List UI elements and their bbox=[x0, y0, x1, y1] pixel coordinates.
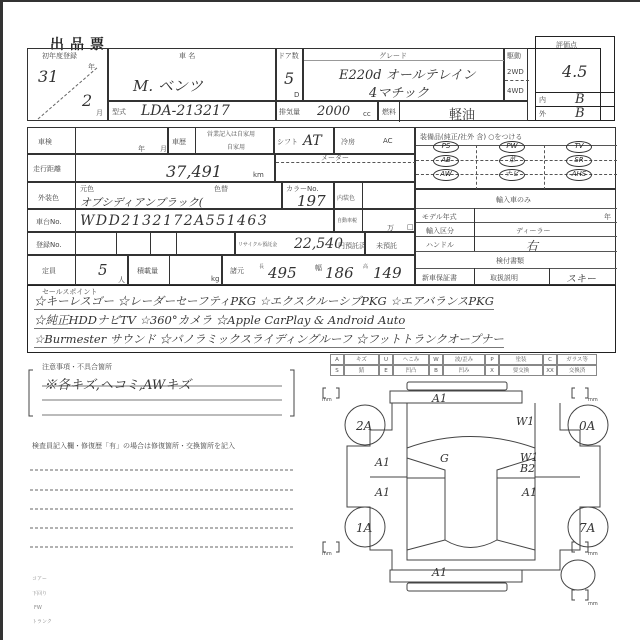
recycle-cell: リサイクル預託金 22,540 円預託済 bbox=[235, 232, 365, 255]
reg-no-cell: 登録No. bbox=[27, 232, 235, 255]
load-unit: kg bbox=[211, 275, 220, 283]
inspector-lines bbox=[28, 460, 298, 560]
shift-label: シフト bbox=[277, 137, 298, 147]
col-divider bbox=[474, 268, 475, 286]
col-divider bbox=[75, 256, 76, 286]
capacity: 5 bbox=[98, 261, 108, 279]
vin-label: 車台No. bbox=[36, 217, 62, 227]
reg-no-label: 登録No. bbox=[36, 240, 62, 250]
ac-value: AC bbox=[383, 137, 393, 145]
col-divider bbox=[176, 233, 177, 256]
color-no: 197 bbox=[297, 192, 326, 210]
displacement-cell: 排気量 2000 cc bbox=[276, 101, 378, 121]
fuel-cell: 燃料 軽油 bbox=[378, 101, 528, 121]
dimensions-cell: 諸元 長 495 幅 186 高 149 bbox=[222, 255, 415, 285]
legend-cell: へこみ bbox=[393, 354, 429, 365]
equipment-item[interactable]: SR bbox=[566, 155, 592, 167]
equipment-item[interactable]: TV bbox=[566, 141, 592, 153]
recycle-status: 未預託 bbox=[376, 241, 397, 251]
mileage-label: 走行距離 bbox=[33, 164, 61, 174]
col-divider bbox=[150, 233, 151, 256]
col-divider bbox=[169, 256, 170, 286]
row-divider bbox=[416, 222, 617, 223]
row-divider bbox=[416, 251, 617, 252]
handle-label: ハンドル bbox=[426, 240, 454, 250]
shift: AT bbox=[303, 133, 322, 149]
drive-divider bbox=[505, 80, 529, 81]
col-divider bbox=[362, 210, 363, 233]
history-cell: 車歴 営業記入は自家用 自家用 bbox=[168, 127, 274, 154]
doors-cell: ドア数 5 D bbox=[276, 48, 303, 101]
tax-unit-box: □ bbox=[407, 223, 414, 231]
model-label: 型式 bbox=[112, 107, 126, 117]
color-change-label: 色替 bbox=[214, 184, 228, 194]
remarks-text: ※各キズ,ヘコミ,AWキズ bbox=[44, 374, 191, 393]
tire-left-front: 2A bbox=[356, 419, 372, 433]
legend-cell: ガラス等 bbox=[557, 354, 597, 365]
scan-border-top bbox=[0, 0, 640, 2]
damage-mark-right-front-door: W1 B2 bbox=[520, 452, 538, 474]
fuel: 軽油 bbox=[449, 104, 475, 123]
car-name-label: 車 名 bbox=[179, 51, 195, 61]
displacement: 2000 bbox=[317, 104, 350, 119]
equipment-item[interactable]: PW bbox=[499, 141, 525, 153]
col-divider bbox=[75, 233, 76, 256]
meter-cell: メーター bbox=[275, 154, 415, 182]
load-cell: 積載量 kg bbox=[128, 255, 222, 285]
damage-mark-roof: G bbox=[440, 452, 449, 465]
capacity-unit: 人 bbox=[118, 275, 125, 285]
col-divider bbox=[116, 233, 117, 256]
tax-cell: 自動車税 万 □ bbox=[334, 209, 415, 232]
import-type: ディーラー bbox=[516, 226, 550, 236]
load-label: 積載量 bbox=[137, 266, 158, 276]
shift-cell: シフト AT bbox=[274, 127, 334, 154]
tire-unit-label: mm bbox=[588, 397, 598, 403]
inspection-label: 車検 bbox=[38, 137, 52, 147]
core-label: コアー bbox=[32, 575, 47, 582]
scan-border-left bbox=[0, 0, 3, 640]
car-diagram bbox=[310, 370, 640, 640]
original-color-label: 元色 bbox=[80, 184, 94, 194]
row-divider bbox=[416, 208, 617, 209]
legend-cell: U bbox=[379, 354, 393, 365]
recycle-amount: 22,540 bbox=[294, 236, 343, 252]
vin: WDD2132172A551463 bbox=[80, 213, 268, 229]
length-label: 長 bbox=[259, 263, 264, 270]
grade-divider bbox=[304, 60, 505, 61]
height: 149 bbox=[373, 264, 402, 282]
legend-cell: A bbox=[330, 354, 344, 365]
damage-mark-right-front-fender: W1 bbox=[516, 415, 534, 428]
mileage-unit: km bbox=[253, 171, 264, 179]
manual-label[interactable]: 取扱説明 bbox=[490, 273, 518, 283]
tire-left-rear: 1A bbox=[356, 521, 372, 535]
dimensions-label: 諸元 bbox=[230, 266, 244, 276]
underbody-label: 下回り bbox=[32, 590, 47, 597]
capacity-label: 定員 bbox=[42, 266, 56, 276]
legend-cell: P bbox=[485, 354, 499, 365]
row-divider bbox=[416, 268, 617, 269]
exterior-grade: B bbox=[575, 106, 585, 121]
model-year-label: モデル年式 bbox=[422, 212, 457, 222]
damage-mark-right-rear-door: A1 bbox=[522, 486, 537, 499]
mileage-cell: 走行距離 37,491 km bbox=[27, 154, 275, 182]
color-no-cell: カラーNo. 197 bbox=[282, 182, 334, 209]
grade-cell: グレード E220d オールテレイン 4マチック bbox=[303, 48, 504, 101]
import-header: 輸入車のみ bbox=[496, 195, 531, 205]
inspection-year-unit: 年 bbox=[138, 144, 145, 154]
displacement-unit: cc bbox=[363, 110, 371, 118]
doors-unit: D bbox=[294, 91, 299, 99]
interior-color-cell: 内装色 bbox=[334, 182, 415, 209]
model-cell: 型式 LDA-213217 bbox=[108, 101, 276, 121]
trunk-label: トランク bbox=[32, 618, 52, 625]
width: 186 bbox=[325, 264, 354, 282]
interior-label: 内 bbox=[539, 95, 546, 105]
col-divider bbox=[75, 210, 76, 233]
col-divider bbox=[544, 145, 545, 190]
history-label: 車歴 bbox=[172, 137, 186, 147]
fuel-label: 燃料 bbox=[382, 107, 396, 117]
row-divider bbox=[416, 236, 617, 237]
slash-divider bbox=[28, 49, 109, 122]
damage-mark-rear-bumper: A1 bbox=[432, 566, 447, 579]
score: 4.5 bbox=[562, 62, 587, 81]
damage-mark-left-front-door: A1 bbox=[375, 456, 390, 469]
tire-right-front: 0A bbox=[579, 419, 595, 433]
exterior-color-cell: 外装色 元色 色替 オブシディアンブラック( bbox=[27, 182, 282, 209]
doors-label: ドア数 bbox=[278, 51, 299, 61]
tire-unit-label: mm bbox=[322, 551, 332, 557]
col-divider bbox=[362, 183, 363, 210]
recycle-status-cell: 未預託 bbox=[365, 232, 415, 255]
capacity-cell: 定員 5 人 bbox=[27, 255, 128, 285]
meter-label: メーター bbox=[321, 153, 349, 163]
legend-cell: 波/歪み bbox=[443, 354, 485, 365]
width-label: 幅 bbox=[315, 263, 322, 273]
keys: スキー bbox=[566, 270, 596, 285]
warranty-label[interactable]: 新車保証書 bbox=[422, 273, 457, 283]
equipment-item[interactable]: 革 bbox=[499, 155, 525, 167]
col-divider bbox=[474, 208, 475, 251]
docs-header: 検付書類 bbox=[496, 256, 524, 266]
col-divider bbox=[75, 155, 76, 183]
exterior-color-label: 外装色 bbox=[38, 193, 59, 203]
exterior-label: 外 bbox=[539, 109, 546, 119]
equipment-item[interactable]: ナビ bbox=[499, 169, 525, 181]
height-label: 高 bbox=[363, 263, 368, 270]
ac-label: 冷房 bbox=[341, 137, 355, 147]
vin-cell: 車台No. WDD2132172A551463 bbox=[27, 209, 334, 232]
col-divider bbox=[195, 128, 196, 155]
inspection-month-unit: 月 bbox=[160, 144, 167, 154]
first-reg-cell: 初年度登録 31 年 2 月 bbox=[27, 48, 108, 121]
legend-cell: W bbox=[429, 354, 443, 365]
equipment-item[interactable]: PS bbox=[433, 141, 459, 153]
model: LDA-213217 bbox=[141, 103, 230, 119]
drive-4wd[interactable]: 4WD bbox=[507, 87, 524, 95]
import-block: 輸入車のみ モデル年式 年 輸入区分 ディーラー ハンドル 右 検付書類 新車保… bbox=[415, 189, 616, 285]
equipment-item[interactable]: AW bbox=[433, 169, 459, 181]
model-year-unit: 年 bbox=[604, 212, 611, 222]
doors: 5 bbox=[284, 69, 294, 88]
drive-2wd[interactable]: 2WD bbox=[507, 68, 524, 76]
grade-line1: E220d オールテレイン bbox=[339, 64, 476, 83]
recycle-unit: 円預託済 bbox=[338, 241, 366, 251]
ac-cell: 冷房 AC bbox=[334, 127, 415, 154]
sales-point-line: ☆Burmester サウンド ☆パノラミックスライディングルーフ ☆フットトラ… bbox=[34, 331, 504, 348]
recycle-label: リサイクル預託金 bbox=[238, 241, 277, 248]
inspector-label: 検査員記入欄・修復歴「有」の場合は修復箇所・交換箇所を記入 bbox=[32, 441, 235, 451]
legend-cell: 塗装 bbox=[499, 354, 543, 365]
drive-label: 駆動 bbox=[507, 51, 521, 61]
sales-point-line: ☆純正HDDナビTV ☆360°カメラ ☆Apple CarPlay & And… bbox=[34, 312, 405, 329]
col-divider bbox=[549, 268, 550, 286]
exterior-color: オブシディアンブラック( bbox=[80, 194, 203, 210]
drive-cell: 駆動 2WD 4WD bbox=[504, 48, 528, 101]
tire-unit-label: mm bbox=[588, 601, 598, 607]
tire-unit-label: mm bbox=[322, 397, 332, 403]
legend-cell: C bbox=[543, 354, 557, 365]
equipment-item[interactable]: AB bbox=[433, 155, 459, 167]
legend-cell: キズ bbox=[344, 354, 379, 365]
fw-label: FW bbox=[34, 605, 42, 611]
equipment-item[interactable]: AHS bbox=[566, 169, 592, 181]
tax-label: 自動車税 bbox=[337, 217, 357, 224]
damage-mark-left-rear-door: A1 bbox=[375, 486, 390, 499]
car-name-cell: 車 名 M. ベンツ bbox=[108, 48, 276, 101]
history-note-bottom: 自家用 bbox=[227, 142, 245, 151]
score-label: 評価点 bbox=[556, 40, 577, 50]
interior-grade: B bbox=[575, 92, 585, 107]
tire-unit-label: mm bbox=[588, 551, 598, 557]
col-divider bbox=[476, 145, 477, 190]
sales-point-line: ☆キーレスゴー ☆レーダーセーフティPKG ☆エクスクルーシブPKG ☆エアバラ… bbox=[34, 293, 494, 310]
interior-color-label: 内装色 bbox=[337, 193, 355, 202]
fuel-divider bbox=[399, 102, 400, 122]
inspection-cell: 車検 年 月 bbox=[27, 127, 168, 154]
history-note-top: 営業記入は自家用 bbox=[207, 129, 255, 138]
tire-right-rear: 7A bbox=[579, 521, 595, 535]
import-type-label: 輸入区分 bbox=[426, 226, 454, 236]
grade-line2: 4マチック bbox=[369, 82, 429, 101]
damage-mark-front-bumper: A1 bbox=[432, 392, 447, 405]
length: 495 bbox=[268, 264, 297, 282]
mileage: 37,491 bbox=[166, 162, 222, 181]
displacement-label: 排気量 bbox=[279, 107, 300, 117]
car-name: M. ベンツ bbox=[133, 75, 203, 96]
col-divider bbox=[75, 183, 76, 210]
col-divider bbox=[75, 128, 76, 155]
